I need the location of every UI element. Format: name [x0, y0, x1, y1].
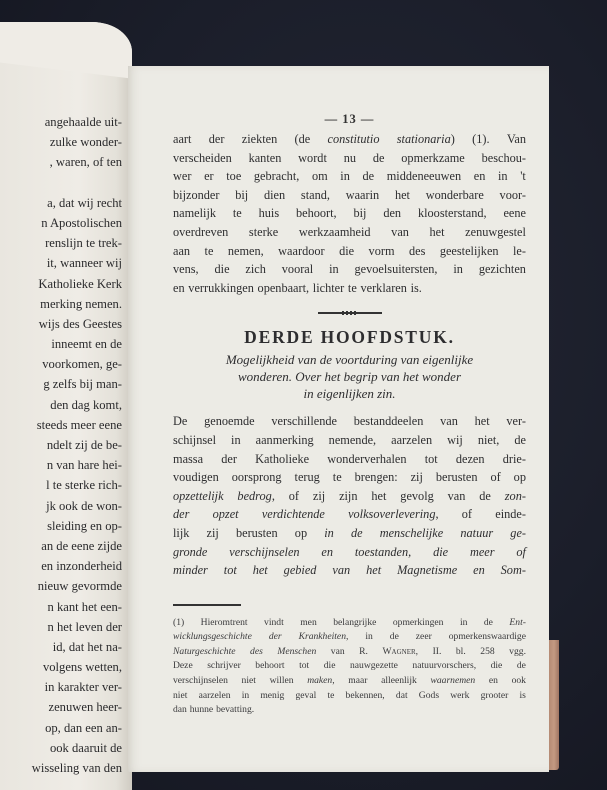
left-text-line: Katholieke Kerk	[0, 274, 122, 294]
word: menig	[260, 689, 284, 704]
left-text-line: nieuw gevormde	[0, 576, 122, 596]
word: wer	[173, 167, 191, 186]
word: werkzaamheid	[299, 223, 371, 242]
word: vindt	[264, 616, 284, 631]
word: terug	[295, 468, 320, 487]
word: volksoverlevering,	[348, 505, 438, 524]
word: opzettelijk	[173, 487, 224, 506]
word: van	[440, 412, 458, 431]
word: niet,	[478, 431, 500, 450]
word: van	[331, 645, 345, 660]
word: die	[215, 260, 230, 279]
word: belangrijke	[333, 616, 376, 631]
word: in	[340, 167, 350, 186]
footnote-line: nietaarzeleninmeniggevaltebekennen,datGo…	[173, 689, 526, 704]
word: bevatting.	[216, 703, 254, 718]
word: opmerkingen	[393, 616, 444, 631]
left-text-line: volgens wetten,	[0, 657, 122, 677]
left-text-line: a, dat wij recht	[0, 193, 122, 213]
word: Ent-	[509, 616, 526, 631]
word: des	[409, 242, 425, 261]
word: gebied	[284, 561, 317, 580]
word: niet	[173, 689, 187, 704]
word: zon-	[505, 487, 526, 506]
footnote-line: NaturgeschichtedesMenschenvanR.Wagner,II…	[173, 645, 526, 660]
word: die	[491, 659, 503, 674]
word: massa	[173, 450, 203, 469]
word: die	[339, 242, 354, 261]
word: wonderbare	[426, 186, 484, 205]
word: van	[448, 487, 466, 506]
word: te	[327, 689, 334, 704]
word: 't	[520, 167, 526, 186]
word: verschijnselen	[229, 543, 299, 562]
word: te	[348, 279, 357, 298]
footnote-line: (1)Hieromtrentvindtmenbelangrijkeopmerki…	[173, 616, 526, 631]
footnote-line: verschijnselennietwillenmaken,maaralleen…	[173, 674, 526, 689]
word: te	[205, 242, 214, 261]
word: die	[433, 543, 448, 562]
word: gezichten	[479, 260, 526, 279]
word: der	[269, 630, 282, 645]
word: natuur	[460, 524, 493, 543]
word: einde-	[495, 505, 526, 524]
word: dezen	[456, 450, 485, 469]
word: het	[430, 223, 445, 242]
word: in	[498, 167, 508, 186]
word: minder	[173, 561, 208, 580]
word: verschijnselen	[173, 674, 228, 689]
page-number: — 13 —	[173, 108, 526, 130]
word: en	[473, 561, 485, 580]
word: genoemde	[204, 412, 255, 431]
right-page-content: — 13 — aartderziekten(deconstitutiostati…	[173, 108, 526, 718]
text-line: overdrevensterkewerkzaamheidvanhetzenuwg…	[173, 223, 526, 242]
word: lijk	[173, 524, 189, 543]
word: willen	[270, 674, 294, 689]
left-text-line: n het leven der	[0, 617, 122, 637]
chapter-subtitle: Mogelijkheid van de voortduring van eige…	[173, 351, 526, 402]
word: (1).	[472, 130, 489, 149]
word: het	[366, 561, 381, 580]
text-line: verscheidenkantenwordtnudeopmerkzamebesc…	[173, 149, 526, 168]
word: vgg.	[509, 645, 526, 660]
word: aanmerking	[256, 431, 314, 450]
left-text-line: jk ook de won-	[0, 496, 122, 516]
word: de	[517, 659, 526, 674]
word: der	[173, 505, 189, 524]
word: maar	[348, 674, 367, 689]
word: drie-	[503, 450, 526, 469]
footnote-line: wicklungsgeschichtederKrankheiten,indeze…	[173, 630, 526, 645]
word: gevoelsuitersten,	[355, 260, 438, 279]
word: wordt	[298, 149, 327, 168]
word: alleenlijk	[381, 674, 417, 689]
left-text-line: en inzonderheid	[0, 556, 122, 576]
word: niet	[242, 674, 256, 689]
word: (de	[295, 130, 311, 149]
word: Menschen	[277, 645, 316, 660]
word: dan	[173, 703, 187, 718]
word: waarin	[346, 186, 379, 205]
word: in	[329, 260, 339, 279]
word: ziekten	[242, 130, 278, 149]
word: bij	[353, 204, 366, 223]
footnote-line: danhunnebevatting.	[173, 703, 526, 718]
section-ornament	[318, 311, 382, 315]
word: waardoor	[278, 242, 324, 261]
word: van	[391, 223, 409, 242]
word: des	[250, 645, 263, 660]
word: gebracht,	[254, 167, 299, 186]
word: het	[371, 487, 386, 506]
word: de	[362, 167, 374, 186]
word: vens,	[173, 260, 199, 279]
word: die	[324, 659, 336, 674]
word: constitutio	[328, 130, 380, 149]
text-line: werertoegebracht,omindemiddeneeuwenenin'…	[173, 167, 526, 186]
word: aart	[173, 130, 191, 149]
word: verdichtende	[262, 505, 325, 524]
text-line: aartderziekten(deconstitutiostationaria)…	[173, 130, 526, 149]
word: gronde	[173, 543, 207, 562]
word: sterke	[249, 223, 278, 242]
word: verschillende	[271, 412, 337, 431]
word: bijzonder	[173, 186, 219, 205]
word: ver-	[506, 412, 526, 431]
word: in	[453, 260, 463, 279]
word: opmerkzame	[401, 149, 465, 168]
left-text-line: den dag komt,	[0, 395, 122, 415]
word: stationaria)	[397, 130, 455, 149]
word: Hieromtrent	[201, 616, 248, 631]
left-text-line: voorkomen, ge-	[0, 354, 122, 374]
word: geestelijken	[440, 242, 499, 261]
left-text-line: n van hare hei-	[0, 455, 122, 475]
left-text-line: it, wanneer wij	[0, 253, 122, 273]
word: verrukkingen	[188, 279, 254, 298]
word: zij	[313, 487, 325, 506]
left-text-line: n Apostolischen	[0, 213, 122, 233]
word: tot	[224, 561, 237, 580]
word: en	[489, 674, 498, 689]
text-line: vens,diezichvooralingevoelsuitersten,ing…	[173, 260, 526, 279]
word: nemen,	[228, 242, 264, 261]
word: Krankheiten,	[299, 630, 349, 645]
word: of	[516, 543, 526, 562]
word: 258	[480, 645, 494, 660]
word: zich	[245, 260, 265, 279]
word: toe	[226, 167, 241, 186]
word: wonderverhalen	[327, 450, 406, 469]
word: behoort,	[296, 204, 337, 223]
left-text-line: renslijn te trek-	[0, 233, 122, 253]
word: gevolg	[400, 487, 433, 506]
word: maken,	[307, 674, 334, 689]
word: te	[233, 204, 242, 223]
left-text-line: steeds meer eene	[0, 415, 122, 435]
left-text-line: zulke wonder-	[0, 132, 122, 152]
text-line: massaderKatholiekewonderverhalentotdezen…	[173, 450, 526, 469]
word: en	[321, 543, 333, 562]
text-line: aantenemen,waardoordievormdesgeestelijke…	[173, 242, 526, 261]
word: der	[209, 130, 225, 149]
word: men	[300, 616, 317, 631]
word: der	[221, 450, 237, 469]
word: Katholieke	[255, 450, 309, 469]
word: is	[519, 689, 525, 704]
word: zenuwgestel	[465, 223, 526, 242]
word: verklaren	[360, 279, 406, 298]
text-line: enverrukkingenopenbaart,lichterteverklar…	[173, 279, 526, 298]
word: (1)	[173, 616, 184, 631]
word: of	[289, 487, 299, 506]
text-line: bijzonderbijdienstand,waarinhetwonderbar…	[173, 186, 526, 205]
left-page-text: angehaalde uit-zulke wonder-, waren, of …	[0, 112, 122, 778]
word: in	[231, 431, 241, 450]
word: de	[479, 487, 491, 506]
chapter-subtitle-line: Mogelijkheid van de voortduring van eige…	[173, 351, 526, 368]
word: II.	[433, 645, 442, 660]
word: of	[490, 468, 500, 487]
left-text-line: ook daaruit de	[0, 738, 122, 758]
word: in	[324, 524, 334, 543]
left-text-line	[0, 173, 122, 193]
word: huis	[259, 204, 280, 223]
word: hunne	[190, 703, 213, 718]
word: openbaart,	[258, 279, 310, 298]
word: tot	[299, 659, 309, 674]
left-text-line: id, dat het na-	[0, 637, 122, 657]
word: of	[462, 505, 472, 524]
word: aan	[173, 242, 190, 261]
text-line: schijnselinaanmerkingnemende,aarzelenwij…	[173, 431, 526, 450]
text-line: deropzetverdichtendevolksoverlevering,of…	[173, 505, 526, 524]
footnote: (1)Hieromtrentvindtmenbelangrijkeopmerki…	[173, 616, 526, 718]
word: verscheiden	[173, 149, 232, 168]
word: het	[475, 412, 490, 431]
text-line: namelijktehuisbehoort,bijdenkloosterstan…	[173, 204, 526, 223]
word: lichter	[313, 279, 344, 298]
chapter-subtitle-line: in eigenlijken zin.	[173, 385, 526, 402]
word: bij	[235, 186, 248, 205]
word: het	[253, 561, 268, 580]
left-text-line: g zelfs bij man-	[0, 374, 122, 394]
word: berusten	[436, 468, 478, 487]
left-text-line: , waren, of ten	[0, 152, 122, 172]
text-line: Degenoemdeverschillendebestanddeelenvanh…	[173, 412, 526, 431]
word: natuurvorschers,	[412, 659, 476, 674]
word: geval	[295, 689, 316, 704]
left-text-line: inneemt en de	[0, 334, 122, 354]
word: nauwgezette	[350, 659, 398, 674]
word: nu	[344, 149, 356, 168]
left-text-line: n kant het een-	[0, 597, 122, 617]
word: Deze	[173, 659, 193, 674]
word: Gods	[419, 689, 439, 704]
word: menschelijke	[380, 524, 444, 543]
word: opzet	[213, 505, 239, 524]
word: bedrog,	[237, 487, 274, 506]
left-text-line: in karakter ver-	[0, 677, 122, 697]
word: schrijver	[207, 659, 241, 674]
word: Naturgeschichte	[173, 645, 236, 660]
word: het	[395, 186, 410, 205]
word: kloosterstand,	[418, 204, 487, 223]
left-text-line: l te sterke rich-	[0, 475, 122, 495]
word: schijnsel	[173, 431, 216, 450]
word: bekennen,	[346, 689, 385, 704]
book-spine-edge	[549, 640, 559, 770]
word: Van	[507, 130, 526, 149]
word: beschou-	[482, 149, 526, 168]
word: op	[295, 524, 307, 543]
text-line: voudigenoorsprongterugtebrengen:zijberus…	[173, 468, 526, 487]
word: zij	[207, 524, 219, 543]
word: overdreven	[173, 223, 228, 242]
footnote-line: Dezeschrijverbehoorttotdienauwgezettenat…	[173, 659, 526, 674]
word: voudigen	[173, 468, 219, 487]
word: opmerkenswaardige	[449, 630, 526, 645]
word: behoort	[255, 659, 284, 674]
word: stand,	[301, 186, 330, 205]
word: werk	[450, 689, 469, 704]
word: de	[390, 630, 399, 645]
word: oorsprong	[232, 468, 282, 487]
word: dat	[396, 689, 408, 704]
word: vooral	[282, 260, 313, 279]
word: vorm	[369, 242, 395, 261]
word: nemende,	[329, 431, 376, 450]
word: zij	[411, 468, 423, 487]
word: te	[333, 468, 342, 487]
word: kanten	[249, 149, 282, 168]
word: is.	[411, 279, 422, 298]
left-text-line: sleiding en op-	[0, 516, 122, 536]
word: ook	[512, 674, 526, 689]
word: in	[365, 630, 372, 645]
word: er	[204, 167, 214, 186]
word: grooter	[481, 689, 509, 704]
word: namelijk	[173, 204, 216, 223]
text-line: lijkzijberustenopindemenschelijkenatuurg…	[173, 524, 526, 543]
word: in	[242, 689, 249, 704]
word: van	[332, 561, 350, 580]
left-text-line: wijs des Geestes	[0, 314, 122, 334]
left-text-line: angehaalde uit-	[0, 112, 122, 132]
word: voor-	[500, 186, 526, 205]
word: toestanden,	[355, 543, 411, 562]
word: in	[460, 616, 467, 631]
word: tot	[425, 450, 438, 469]
word: eene	[503, 204, 526, 223]
word: R.	[359, 645, 368, 660]
word: le-	[513, 242, 526, 261]
word: wicklungsgeschichte	[173, 630, 252, 645]
left-page: angehaalde uit-zulke wonder-, waren, of …	[0, 22, 132, 790]
word: op	[514, 468, 526, 487]
left-text-line: zenuwen heer-	[0, 697, 122, 717]
word: den	[383, 204, 401, 223]
text-line: mindertothetgebiedvanhetMagnetismeenSom-	[173, 561, 526, 580]
word: de	[484, 616, 493, 631]
word: meer	[470, 543, 495, 562]
word: Wagner,	[382, 645, 418, 660]
word: zijn	[339, 487, 357, 506]
word: aarzelen	[391, 431, 432, 450]
word: en	[173, 279, 185, 298]
word: aarzelen	[199, 689, 231, 704]
left-text-line: wisseling van den	[0, 758, 122, 778]
word: brengen:	[355, 468, 398, 487]
text-line: grondeverschijnselenentoestanden,diemeer…	[173, 543, 526, 562]
word: en	[474, 167, 486, 186]
word: om	[312, 167, 328, 186]
word: De	[173, 412, 187, 431]
chapter-title: DERDE HOOFDSTUK.	[173, 325, 526, 349]
word: ge-	[510, 524, 526, 543]
intro-text: aartderziekten(deconstitutiostationaria)…	[173, 130, 526, 297]
word: wij	[447, 431, 463, 450]
word: Som-	[501, 561, 526, 580]
left-text-line: op, dan een an-	[0, 718, 122, 738]
chapter-subtitle-line: wonderen. Over het begrip van het wonder	[173, 368, 526, 385]
left-text-line: merking nemen.	[0, 294, 122, 314]
word: berusten	[236, 524, 278, 543]
body-paragraph: Degenoemdeverschillendebestanddeelenvanh…	[173, 412, 526, 579]
word: de	[373, 149, 385, 168]
word: zeer	[416, 630, 432, 645]
word: waarnemen	[430, 674, 475, 689]
text-line: opzettelijkbedrog,ofzijzijnhetgevolgvand…	[173, 487, 526, 506]
word: middeneeuwen	[387, 167, 461, 186]
footnote-rule	[173, 604, 241, 606]
word: dien	[264, 186, 285, 205]
left-text-line: ndelt zij de be-	[0, 435, 122, 455]
word: de	[351, 524, 363, 543]
left-text-line: an de eene zijde	[0, 536, 122, 556]
word: Magnetisme	[397, 561, 457, 580]
word: de	[514, 431, 526, 450]
word: bl.	[456, 645, 466, 660]
word: bestanddeelen	[354, 412, 424, 431]
